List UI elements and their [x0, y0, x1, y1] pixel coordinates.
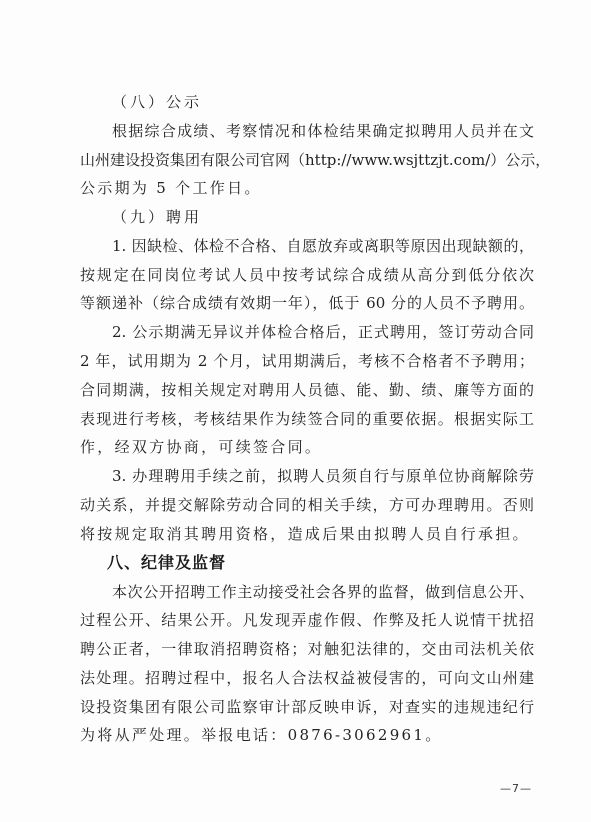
page-number: —7—	[500, 782, 532, 795]
employment-item3-line: 将按规定取消其聘用资格，造成后果由拟聘人员自行承担。	[80, 523, 534, 545]
publicity-line: 根据综合成绩、考察情况和体检结果确定拟聘用人员并在文	[112, 120, 534, 142]
discipline-line: 本次公开招聘工作主动接受社会各界的监督，做到信息公开、	[112, 581, 534, 603]
employment-item2-line: 2. 公示期满无异议并体检合格后，正式聘用，签订劳动合同	[112, 321, 534, 343]
discipline-line: 聘公正者，一律取消招聘资格；对触犯法律的，交由司法机关依	[80, 638, 534, 660]
employment-item2-line: 表现进行考核，考核结果作为续签合同的重要依据。根据实际工	[80, 408, 534, 430]
discipline-line: 设投资集团有限公司监察审计部反映申诉，对查实的违规违纪行	[80, 696, 534, 718]
employment-item1-line: 按规定在同岗位考试人员中按考试综合成绩从高分到低分依次	[80, 264, 534, 286]
discipline-line: 法处理。招聘过程中，报名人合法权益被侵害的，可向文山州建	[80, 667, 534, 689]
employment-item1-line: 等额递补（综合成绩有效期一年），低于 60 分的人员不予聘用。	[80, 292, 534, 314]
employment-heading: （九）聘用	[112, 206, 202, 228]
discipline-line: 为将从严处理。举报电话：0876-3062961。	[80, 724, 534, 746]
employment-item3-line: 动关系，并提交解除劳动合同的相关手续，方可办理聘用。否则	[80, 494, 534, 516]
employment-item2-line: 合同期满，按相关规定对聘用人员德、能、勤、绩、廉等方面的	[80, 379, 534, 401]
discipline-line: 过程公开、结果公开。凡发现弄虚作假、作弊及托人说情干扰招	[80, 609, 534, 631]
publicity-heading: （八）公示	[112, 91, 202, 113]
employment-item1-line: 1. 因缺检、体检不合格、自愿放弃或离职等原因出现缺额的，	[112, 235, 534, 257]
employment-item3-line: 3. 办理聘用手续之前，拟聘人员须自行与原单位协商解除劳	[112, 465, 534, 487]
publicity-line: 山州建设投资集团有限公司官网（http://www.wsjttzjt.com/）…	[80, 149, 534, 171]
discipline-heading: 八、纪律及监督	[107, 552, 226, 574]
document-page: （八）公示 根据综合成绩、考察情况和体检结果确定拟聘用人员并在文 山州建设投资集…	[0, 0, 591, 822]
employment-item2-line: 2 年，试用期为 2 个月，试用期满后，考核不合格者不予聘用；	[80, 350, 534, 372]
employment-item2-line: 作，经双方协商，可续签合同。	[80, 436, 534, 458]
publicity-line: 公示期为 5 个工作日。	[80, 177, 534, 199]
